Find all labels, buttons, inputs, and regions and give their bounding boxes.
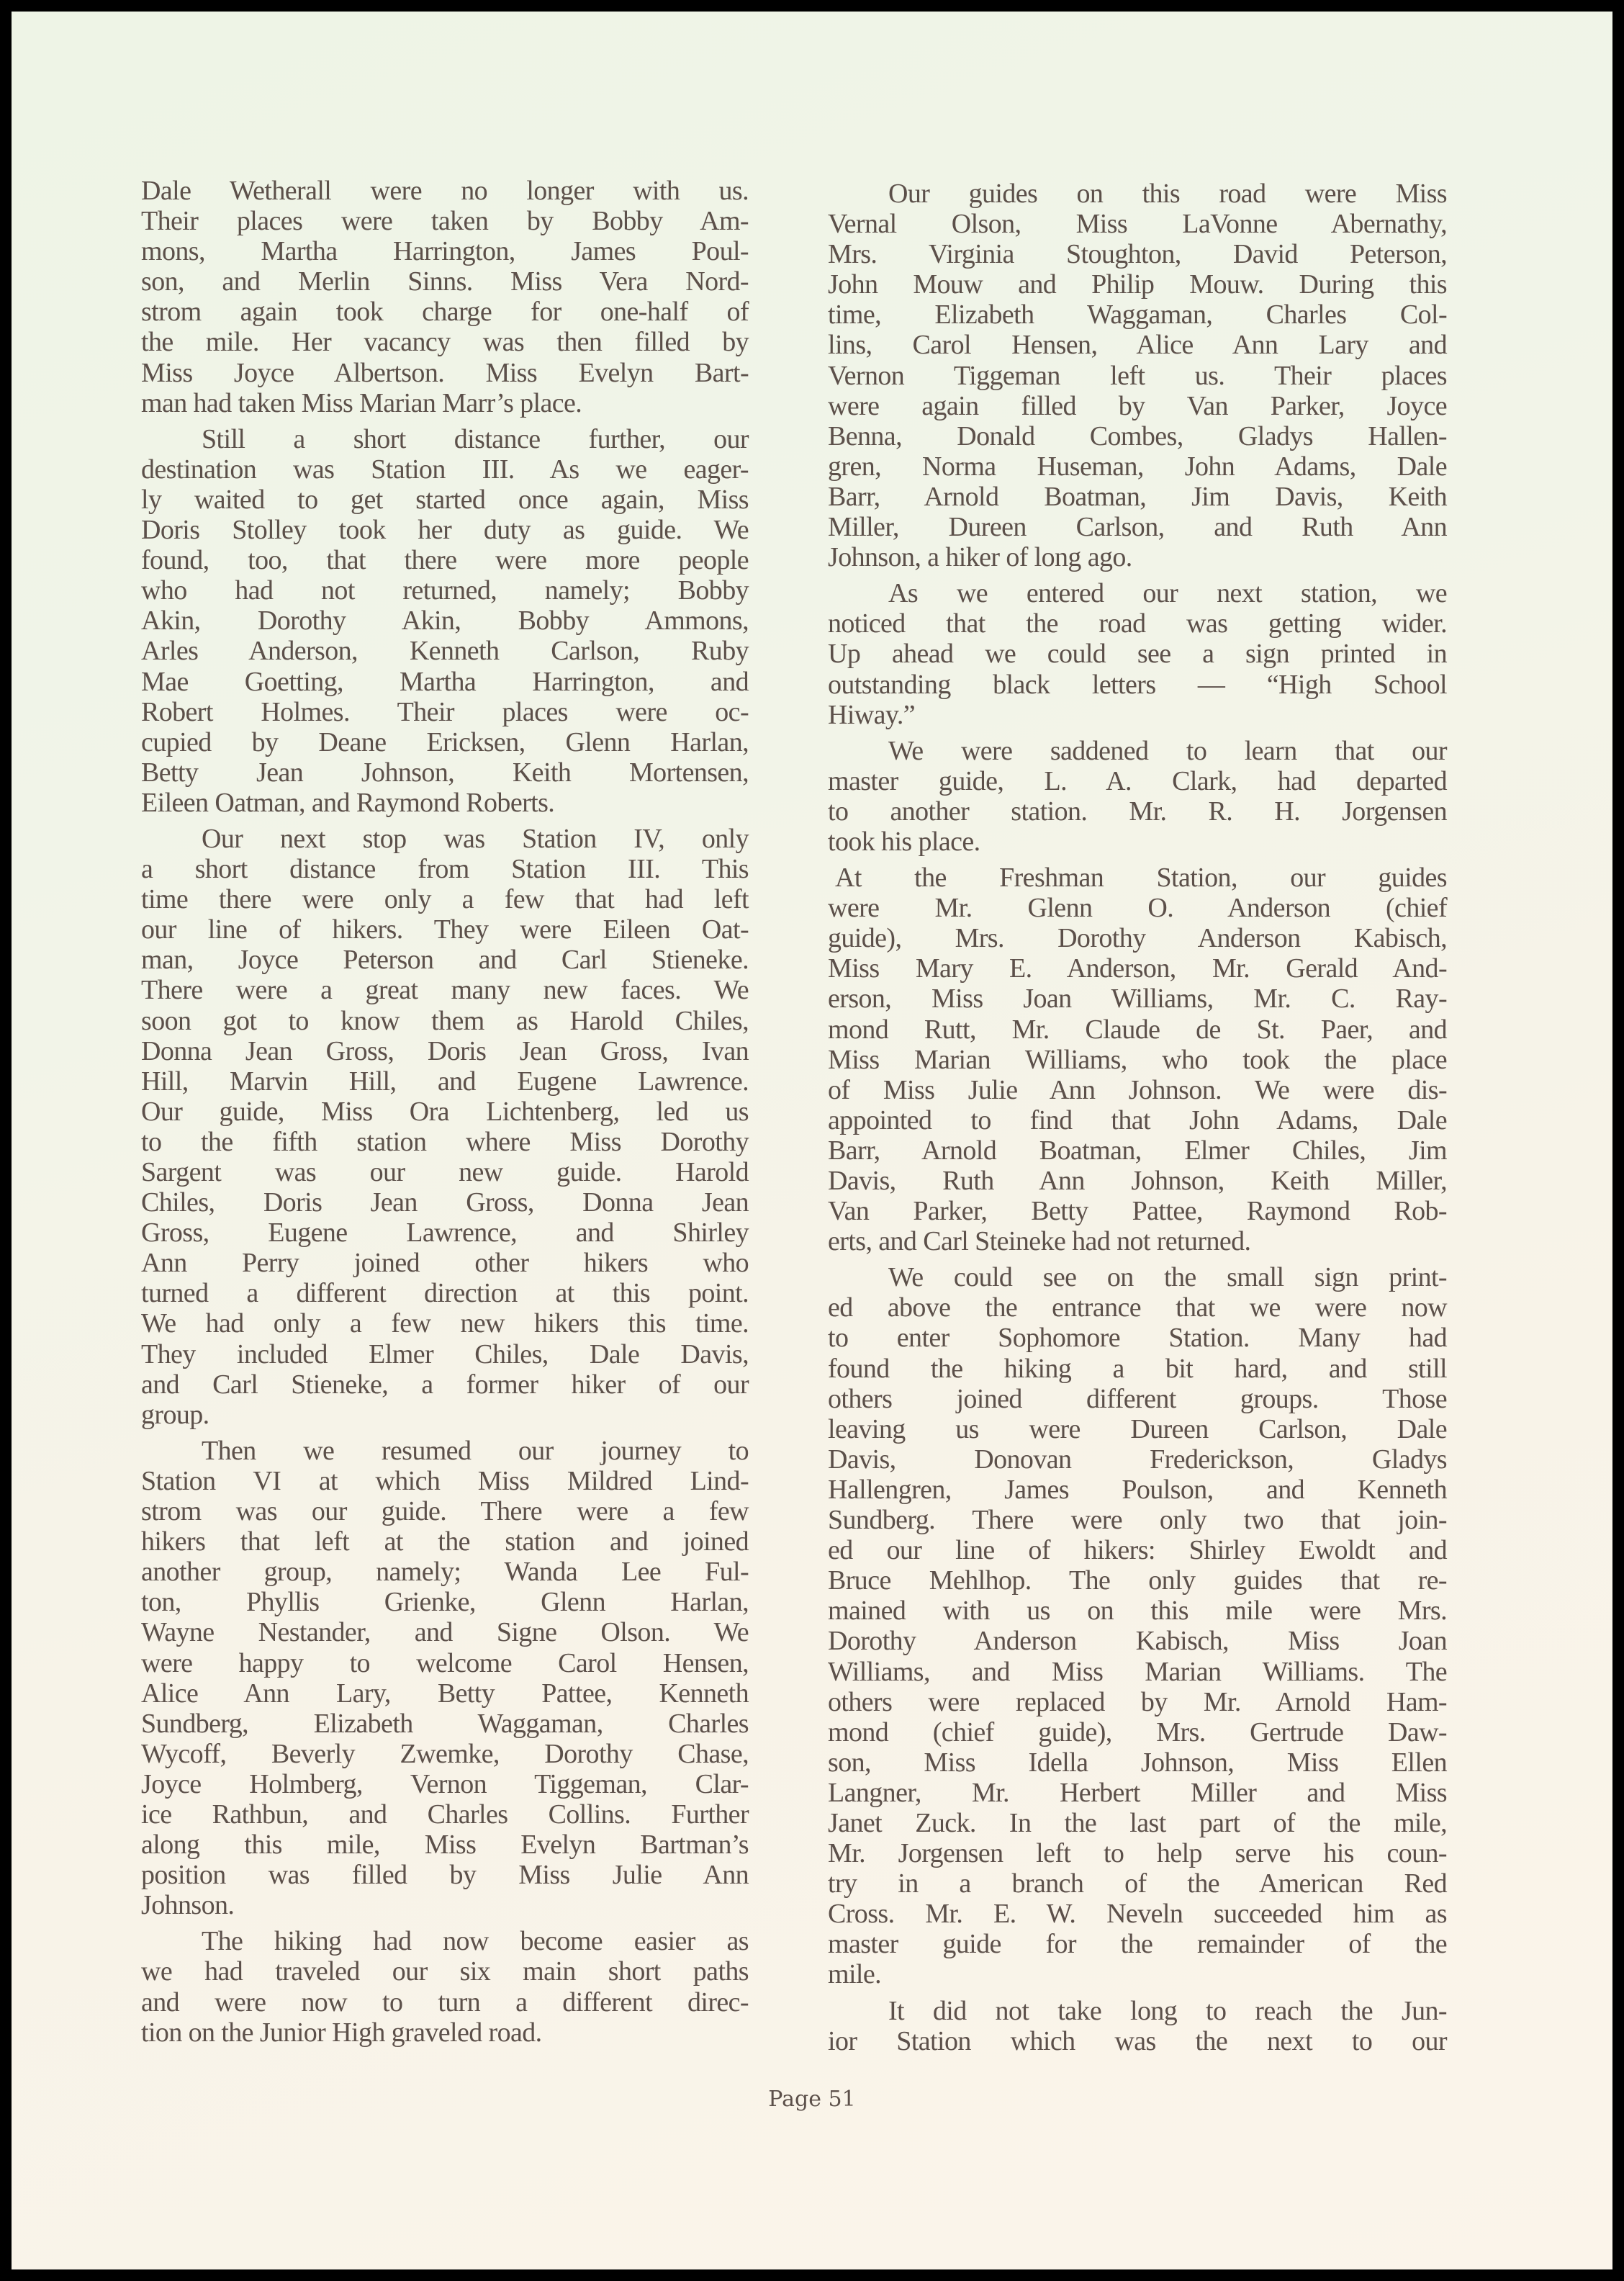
paragraph-gap [828, 857, 1447, 863]
text-line-content: Cross. Mr. E. W. Neveln succeeded him as [828, 1899, 1447, 1929]
text-line-content: son, and Merlin Sinns. Miss Vera Nord- [141, 266, 749, 297]
text-line: turned a different direction at this poi… [141, 1278, 749, 1308]
text-line: noticed that the road was getting wider. [828, 608, 1447, 639]
text-line-content: The hiking had now become easier as [202, 1926, 749, 1956]
text-line: ton, Phyllis Grienke, Glenn Harlan, [141, 1587, 749, 1617]
text-line-content: Benna, Donald Combes, Gladys Hallen- [828, 421, 1447, 451]
text-line-content: Johnson, a hiker of long ago. [828, 542, 1447, 572]
text-line: and were now to turn a different direc- [141, 1987, 749, 2017]
text-line-content: strom was our guide. There were a few [141, 1496, 749, 1526]
text-line-content: ton, Phyllis Grienke, Glenn Harlan, [141, 1587, 749, 1617]
text-line-content: Dale Wetherall were no longer with us. [141, 176, 749, 206]
text-line: others were replaced by Mr. Arnold Ham- [828, 1687, 1447, 1717]
text-line: Barr, Arnold Boatman, Elmer Chiles, Jim [828, 1135, 1447, 1166]
text-line: Sargent was our new guide. Harold [141, 1157, 749, 1187]
text-line: Alice Ann Lary, Betty Pattee, Kenneth [141, 1678, 749, 1709]
text-line: to enter Sophomore Station. Many had [828, 1323, 1447, 1353]
text-line-content: master guide for the remainder of the [828, 1929, 1447, 1959]
text-line: we had traveled our six main short paths [141, 1956, 749, 1987]
text-line-content: Station VI at which Miss Mildred Lind- [141, 1466, 749, 1496]
text-line: Then we resumed our journey to [141, 1436, 749, 1466]
text-line-content: Our next stop was Station IV, only [202, 824, 749, 854]
text-line: leaving us were Dureen Carlson, Dale [828, 1414, 1447, 1444]
text-line: group. [141, 1400, 749, 1430]
text-line: found, too, that there were more people [141, 545, 749, 575]
text-line-content: Mr. Jorgensen left to help serve his cou… [828, 1838, 1447, 1868]
text-line: man had taken Miss Marian Marr’s place. [141, 388, 749, 418]
text-line-content: Gross, Eugene Lawrence, and Shirley [141, 1218, 749, 1248]
text-line-content: ice Rathbun, and Charles Collins. Furthe… [141, 1799, 749, 1830]
text-line: son, and Merlin Sinns. Miss Vera Nord- [141, 266, 749, 297]
text-line: erts, and Carl Steineke had not returned… [828, 1226, 1447, 1256]
text-line-content: We could see on the small sign print- [888, 1262, 1447, 1292]
text-line: Sundberg, Elizabeth Waggaman, Charles [141, 1709, 749, 1739]
text-line: Dorothy Anderson Kabisch, Miss Joan [828, 1626, 1447, 1656]
text-line: Our guides on this road were Miss [828, 179, 1447, 209]
text-line-content: Arles Anderson, Kenneth Carlson, Ruby [141, 636, 749, 666]
text-line: guide), Mrs. Dorothy Anderson Kabisch, [828, 923, 1447, 953]
text-line-content: Miss Marian Williams, who took the place [828, 1045, 1447, 1075]
text-line: a short distance from Station III. This [141, 854, 749, 884]
text-line: Ann Perry joined other hikers who [141, 1248, 749, 1278]
text-line: Our next stop was Station IV, only [141, 824, 749, 854]
paragraph: At the Freshman Station, our guideswere … [828, 863, 1447, 1256]
text-line: along this mile, Miss Evelyn Bartman’s [141, 1830, 749, 1860]
text-line-content: It did not take long to reach the Jun- [888, 1996, 1447, 2026]
text-line: Joyce Holmberg, Vernon Tiggeman, Clar- [141, 1769, 749, 1799]
text-line: gren, Norma Huseman, John Adams, Dale [828, 451, 1447, 482]
text-line: Davis, Ruth Ann Johnson, Keith Miller, [828, 1166, 1447, 1196]
text-line: erson, Miss Joan Williams, Mr. C. Ray- [828, 984, 1447, 1014]
text-line: Miss Marian Williams, who took the place [828, 1045, 1447, 1075]
text-line-content: found the hiking a bit hard, and still [828, 1354, 1447, 1384]
text-line-content: Wycoff, Beverly Zwemke, Dorothy Chase, [141, 1739, 749, 1769]
left-column: Dale Wetherall were no longer with us.Th… [141, 176, 749, 2048]
text-line-content: leaving us were Dureen Carlson, Dale [828, 1414, 1447, 1444]
text-line: Hiway.” [828, 700, 1447, 730]
text-line: mile. [828, 1959, 1447, 1989]
text-line-content: Vernal Olson, Miss LaVonne Abernathy, [828, 209, 1447, 239]
text-line-content: turned a different direction at this poi… [141, 1278, 749, 1308]
text-line-content: As we entered our next station, we [888, 578, 1447, 608]
text-line-content: Davis, Donovan Frederickson, Gladys [828, 1444, 1447, 1475]
text-line-content: who had not returned, namely; Bobby [141, 575, 749, 606]
text-line-content: John Mouw and Philip Mouw. During this [828, 269, 1447, 300]
text-line-content: our line of hikers. They were Eileen Oat… [141, 914, 749, 945]
text-line: mond Rutt, Mr. Claude de St. Paer, and [828, 1014, 1447, 1045]
text-line-content: ed our line of hikers: Shirley Ewoldt an… [828, 1535, 1447, 1565]
text-line: lins, Carol Hensen, Alice Ann Lary and [828, 330, 1447, 360]
text-line-content: others joined different groups. Those [828, 1384, 1447, 1414]
text-line-content: Eileen Oatman, and Raymond Roberts. [141, 788, 749, 818]
text-line-content: tion on the Junior High graveled road. [141, 2017, 749, 2048]
text-line: to another station. Mr. R. H. Jorgensen [828, 796, 1447, 827]
yearbook-page: Dale Wetherall were no longer with us.Th… [12, 12, 1612, 2269]
text-line: Still a short distance further, our [141, 424, 749, 454]
text-line-content: to the fifth station where Miss Dorothy [141, 1127, 749, 1157]
text-line-content: Akin, Dorothy Akin, Bobby Ammons, [141, 606, 749, 636]
text-line-content: son, Miss Idella Johnson, Miss Ellen [828, 1747, 1447, 1778]
text-line: ior Station which was the next to our [828, 2026, 1447, 2056]
paragraph-gap [828, 572, 1447, 578]
text-line: We had only a few new hikers this time. [141, 1308, 749, 1339]
text-line-content: and were now to turn a different direc- [141, 1987, 749, 2017]
text-line: Wayne Nestander, and Signe Olson. We [141, 1617, 749, 1647]
text-line-content: the mile. Her vacancy was then filled by [141, 327, 749, 357]
text-line: Miss Joyce Albertson. Miss Evelyn Bart- [141, 358, 749, 388]
text-line-content: position was filled by Miss Julie Ann [141, 1860, 749, 1890]
paragraph-gap [141, 818, 749, 824]
paragraph: As we entered our next station, wenotice… [828, 578, 1447, 729]
text-line: our line of hikers. They were Eileen Oat… [141, 914, 749, 945]
text-line: found the hiking a bit hard, and still [828, 1354, 1447, 1384]
text-line: We were saddened to learn that our [828, 736, 1447, 766]
text-line: took his place. [828, 827, 1447, 857]
text-line-content: mond (chief guide), Mrs. Gertrude Daw- [828, 1717, 1447, 1747]
paragraph: Our guides on this road were MissVernal … [828, 179, 1447, 572]
text-line: As we entered our next station, we [828, 578, 1447, 608]
text-line-content: Then we resumed our journey to [202, 1436, 749, 1466]
page-number: Page 51 [12, 2087, 1612, 2112]
text-line: the mile. Her vacancy was then filled by [141, 327, 749, 357]
text-line: appointed to find that John Adams, Dale [828, 1105, 1447, 1135]
text-line: Our guide, Miss Ora Lichtenberg, led us [141, 1097, 749, 1127]
text-line-content: soon got to know them as Harold Chiles, [141, 1006, 749, 1036]
text-line: were Mr. Glenn O. Anderson (chief [828, 893, 1447, 923]
text-line-content: destination was Station III. As we eager… [141, 454, 749, 485]
text-line-content: Mrs. Virginia Stoughton, David Peterson, [828, 239, 1447, 269]
text-line-content: lins, Carol Hensen, Alice Ann Lary and [828, 330, 1447, 360]
text-line-content: to enter Sophomore Station. Many had [828, 1323, 1447, 1353]
text-line-content: and Carl Stieneke, a former hiker of our [141, 1369, 749, 1400]
text-line-content: Hiway.” [828, 700, 1447, 730]
text-line-content: mained with us on this mile were Mrs. [828, 1596, 1447, 1626]
text-line-content: erts, and Carl Steineke had not returned… [828, 1226, 1447, 1256]
text-line: ed our line of hikers: Shirley Ewoldt an… [828, 1535, 1447, 1565]
text-line-content: found, too, that there were more people [141, 545, 749, 575]
text-line: Van Parker, Betty Pattee, Raymond Rob- [828, 1196, 1447, 1226]
text-line-content: erson, Miss Joan Williams, Mr. C. Ray- [828, 984, 1447, 1014]
text-line: were happy to welcome Carol Hensen, [141, 1648, 749, 1678]
paragraph-gap [141, 418, 749, 424]
text-line: time, Elizabeth Waggaman, Charles Col- [828, 300, 1447, 330]
text-line-content: noticed that the road was getting wider. [828, 608, 1447, 639]
text-line-content: Miss Mary E. Anderson, Mr. Gerald And- [828, 953, 1447, 984]
text-line: strom again took charge for one-half of [141, 297, 749, 327]
text-line-content: Donna Jean Gross, Doris Jean Gross, Ivan [141, 1036, 749, 1066]
text-line: There were a great many new faces. We [141, 975, 749, 1005]
text-line: Miss Mary E. Anderson, Mr. Gerald And- [828, 953, 1447, 984]
text-line-content: Sundberg. There were only two that join- [828, 1505, 1447, 1535]
text-line-content: others were replaced by Mr. Arnold Ham- [828, 1687, 1447, 1717]
text-line: mained with us on this mile were Mrs. [828, 1596, 1447, 1626]
text-line-content: hikers that left at the station and join… [141, 1526, 749, 1557]
text-line: ly waited to get started once again, Mis… [141, 485, 749, 515]
paragraph: Dale Wetherall were no longer with us.Th… [141, 176, 749, 418]
text-line: Davis, Donovan Frederickson, Gladys [828, 1444, 1447, 1475]
text-line: We could see on the small sign print- [828, 1262, 1447, 1292]
text-line: Their places were taken by Bobby Am- [141, 206, 749, 236]
paragraph: The hiking had now become easier aswe ha… [141, 1926, 749, 2047]
text-line-content: Ann Perry joined other hikers who [141, 1248, 749, 1278]
text-line-content: There were a great many new faces. We [141, 975, 749, 1005]
text-line-content: master guide, L. A. Clark, had departed [828, 766, 1447, 796]
text-line: Donna Jean Gross, Doris Jean Gross, Ivan [141, 1036, 749, 1066]
text-line-content: guide), Mrs. Dorothy Anderson Kabisch, [828, 923, 1447, 953]
text-line: try in a branch of the American Red [828, 1868, 1447, 1899]
text-line: Robert Holmes. Their places were oc- [141, 697, 749, 727]
text-line-content: Vernon Tiggeman left us. Their places [828, 361, 1447, 391]
text-line-content: were happy to welcome Carol Hensen, [141, 1648, 749, 1678]
text-line-content: mile. [828, 1959, 1447, 1989]
paragraph: It did not take long to reach the Jun-io… [828, 1996, 1447, 2056]
text-line: The hiking had now become easier as [141, 1926, 749, 1956]
text-line: Janet Zuck. In the last part of the mile… [828, 1808, 1447, 1838]
text-line: hikers that left at the station and join… [141, 1526, 749, 1557]
text-line-content: Johnson. [141, 1890, 749, 1920]
paragraph-gap [141, 1430, 749, 1436]
text-line: Mr. Jorgensen left to help serve his cou… [828, 1838, 1447, 1868]
text-line-content: Miller, Dureen Carlson, and Ruth Ann [828, 512, 1447, 542]
text-line: cupied by Deane Ericksen, Glenn Harlan, [141, 727, 749, 757]
paragraph: Still a short distance further, ourdesti… [141, 424, 749, 818]
text-line: others joined different groups. Those [828, 1384, 1447, 1414]
text-line: ice Rathbun, and Charles Collins. Furthe… [141, 1799, 749, 1830]
text-line: Doris Stolley took her duty as guide. We [141, 515, 749, 545]
text-line-content: ior Station which was the next to our [828, 2026, 1447, 2056]
text-line-content: Williams, and Miss Marian Williams. The [828, 1657, 1447, 1687]
text-line: Langner, Mr. Herbert Miller and Miss [828, 1778, 1447, 1808]
text-line: destination was Station III. As we eager… [141, 454, 749, 485]
text-line-content: Chiles, Doris Jean Gross, Donna Jean [141, 1187, 749, 1218]
text-line: outstanding black letters — “High School [828, 670, 1447, 700]
text-line-content: Janet Zuck. In the last part of the mile… [828, 1808, 1447, 1838]
text-line: and Carl Stieneke, a former hiker of our [141, 1369, 749, 1400]
text-line-content: mond Rutt, Mr. Claude de St. Paer, and [828, 1014, 1447, 1045]
text-line: man, Joyce Peterson and Carl Stieneke. [141, 945, 749, 975]
text-line-content: Langner, Mr. Herbert Miller and Miss [828, 1778, 1447, 1808]
text-line: Hill, Marvin Hill, and Eugene Lawrence. [141, 1066, 749, 1097]
text-line-content: Our guides on this road were Miss [888, 179, 1447, 209]
text-line-content: They included Elmer Chiles, Dale Davis, [141, 1339, 749, 1369]
text-line: to the fifth station where Miss Dorothy [141, 1127, 749, 1157]
text-line-content: Hallengren, James Poulson, and Kenneth [828, 1475, 1447, 1505]
text-line: master guide, L. A. Clark, had departed [828, 766, 1447, 796]
text-line-content: took his place. [828, 827, 1447, 857]
text-line: Benna, Donald Combes, Gladys Hallen- [828, 421, 1447, 451]
text-line-content: time, Elizabeth Waggaman, Charles Col- [828, 300, 1447, 330]
text-line: Station VI at which Miss Mildred Lind- [141, 1466, 749, 1496]
text-line: position was filled by Miss Julie Ann [141, 1860, 749, 1890]
text-line: Sundberg. There were only two that join- [828, 1505, 1447, 1535]
text-line-content: appointed to find that John Adams, Dale [828, 1105, 1447, 1135]
text-line-content: Mae Goetting, Martha Harrington, and [141, 667, 749, 697]
text-line-content: We were saddened to learn that our [888, 736, 1447, 766]
text-line-content: ly waited to get started once again, Mis… [141, 485, 749, 515]
text-line-content: outstanding black letters — “High School [828, 670, 1447, 700]
text-line-content: Up ahead we could see a sign printed in [828, 639, 1447, 669]
text-line-content: Van Parker, Betty Pattee, Raymond Rob- [828, 1196, 1447, 1226]
text-line: mons, Martha Harrington, James Poul- [141, 236, 749, 266]
text-line: Miller, Dureen Carlson, and Ruth Ann [828, 512, 1447, 542]
text-line-content: Bruce Mehlhop. The only guides that re- [828, 1565, 1447, 1596]
text-line-content: group. [141, 1400, 749, 1430]
text-line-content: Our guide, Miss Ora Lichtenberg, led us [141, 1097, 749, 1127]
paragraph: We could see on the small sign print-ed … [828, 1262, 1447, 1989]
text-line-content: to another station. Mr. R. H. Jorgensen [828, 796, 1447, 827]
text-line: who had not returned, namely; Bobby [141, 575, 749, 606]
text-line-content: mons, Martha Harrington, James Poul- [141, 236, 749, 266]
text-line-content: were Mr. Glenn O. Anderson (chief [828, 893, 1447, 923]
paragraph-gap [828, 1990, 1447, 1996]
text-line-content: were again filled by Van Parker, Joyce [828, 391, 1447, 421]
text-line-content: Alice Ann Lary, Betty Pattee, Kenneth [141, 1678, 749, 1709]
paragraph: We were saddened to learn that ourmaster… [828, 736, 1447, 857]
text-line: Wycoff, Beverly Zwemke, Dorothy Chase, [141, 1739, 749, 1769]
text-line: son, Miss Idella Johnson, Miss Ellen [828, 1747, 1447, 1778]
text-line-content: Dorothy Anderson Kabisch, Miss Joan [828, 1626, 1447, 1656]
text-line: Eileen Oatman, and Raymond Roberts. [141, 788, 749, 818]
text-line: Arles Anderson, Kenneth Carlson, Ruby [141, 636, 749, 666]
text-line-content: Robert Holmes. Their places were oc- [141, 697, 749, 727]
text-line: Vernon Tiggeman left us. Their places [828, 361, 1447, 391]
text-line: master guide for the remainder of the [828, 1929, 1447, 1959]
text-line: Akin, Dorothy Akin, Bobby Ammons, [141, 606, 749, 636]
right-column: Our guides on this road were MissVernal … [828, 179, 1447, 2056]
paragraph: Our next stop was Station IV, onlya shor… [141, 824, 749, 1430]
text-line-content: Betty Jean Johnson, Keith Mortensen, [141, 757, 749, 788]
text-line-content: another group, namely; Wanda Lee Ful- [141, 1557, 749, 1587]
text-line-content: We had only a few new hikers this time. [141, 1308, 749, 1339]
text-line: Johnson. [141, 1890, 749, 1920]
text-line: soon got to know them as Harold Chiles, [141, 1006, 749, 1036]
text-line: Bruce Mehlhop. The only guides that re- [828, 1565, 1447, 1596]
text-line: Up ahead we could see a sign printed in [828, 639, 1447, 669]
text-line: Barr, Arnold Boatman, Jim Davis, Keith [828, 482, 1447, 512]
text-line: were again filled by Van Parker, Joyce [828, 391, 1447, 421]
text-line-content: man, Joyce Peterson and Carl Stieneke. [141, 945, 749, 975]
text-line: time there were only a few that had left [141, 884, 749, 914]
text-line-content: Doris Stolley took her duty as guide. We [141, 515, 749, 545]
text-line-content: Sargent was our new guide. Harold [141, 1157, 749, 1187]
text-line: Dale Wetherall were no longer with us. [141, 176, 749, 206]
text-line: Mrs. Virginia Stoughton, David Peterson, [828, 239, 1447, 269]
text-line-content: Barr, Arnold Boatman, Elmer Chiles, Jim [828, 1135, 1447, 1166]
text-line: John Mouw and Philip Mouw. During this [828, 269, 1447, 300]
text-line-content: Sundberg, Elizabeth Waggaman, Charles [141, 1709, 749, 1739]
text-line: Chiles, Doris Jean Gross, Donna Jean [141, 1187, 749, 1218]
text-line-content: try in a branch of the American Red [828, 1868, 1447, 1899]
text-line: Williams, and Miss Marian Williams. The [828, 1657, 1447, 1687]
paragraph-gap [828, 1256, 1447, 1262]
text-line-content: Hill, Marvin Hill, and Eugene Lawrence. [141, 1066, 749, 1097]
text-line-content: gren, Norma Huseman, John Adams, Dale [828, 451, 1447, 482]
text-line: Mae Goetting, Martha Harrington, and [141, 667, 749, 697]
text-line: Betty Jean Johnson, Keith Mortensen, [141, 757, 749, 788]
text-line: tion on the Junior High graveled road. [141, 2017, 749, 2048]
text-line-content: a short distance from Station III. This [141, 854, 749, 884]
text-line: strom was our guide. There were a few [141, 1496, 749, 1526]
text-line: Cross. Mr. E. W. Neveln succeeded him as [828, 1899, 1447, 1929]
text-line-content: of Miss Julie Ann Johnson. We were dis- [828, 1075, 1447, 1105]
text-line-content: At the Freshman Station, our guides [835, 863, 1447, 893]
text-line: another group, namely; Wanda Lee Ful- [141, 1557, 749, 1587]
text-line-content: man had taken Miss Marian Marr’s place. [141, 388, 749, 418]
text-line-content: ed above the entrance that we were now [828, 1292, 1447, 1323]
text-line-content: cupied by Deane Ericksen, Glenn Harlan, [141, 727, 749, 757]
text-line: It did not take long to reach the Jun- [828, 1996, 1447, 2026]
text-line-content: strom again took charge for one-half of [141, 297, 749, 327]
text-line-content: Joyce Holmberg, Vernon Tiggeman, Clar- [141, 1769, 749, 1799]
text-line-content: we had traveled our six main short paths [141, 1956, 749, 1987]
text-line-content: Still a short distance further, our [202, 424, 749, 454]
text-line-content: time there were only a few that had left [141, 884, 749, 914]
text-line-content: Their places were taken by Bobby Am- [141, 206, 749, 236]
text-line: At the Freshman Station, our guides [828, 863, 1447, 893]
text-line-content: Miss Joyce Albertson. Miss Evelyn Bart- [141, 358, 749, 388]
paragraph-gap [828, 730, 1447, 736]
text-line-content: along this mile, Miss Evelyn Bartman’s [141, 1830, 749, 1860]
text-line: Johnson, a hiker of long ago. [828, 542, 1447, 572]
text-line-content: Davis, Ruth Ann Johnson, Keith Miller, [828, 1166, 1447, 1196]
paragraph: Then we resumed our journey toStation VI… [141, 1436, 749, 1921]
text-line: Vernal Olson, Miss LaVonne Abernathy, [828, 209, 1447, 239]
text-line: Hallengren, James Poulson, and Kenneth [828, 1475, 1447, 1505]
text-line: mond (chief guide), Mrs. Gertrude Daw- [828, 1717, 1447, 1747]
text-line-content: Barr, Arnold Boatman, Jim Davis, Keith [828, 482, 1447, 512]
text-line: ed above the entrance that we were now [828, 1292, 1447, 1323]
text-line: of Miss Julie Ann Johnson. We were dis- [828, 1075, 1447, 1105]
text-line-content: Wayne Nestander, and Signe Olson. We [141, 1617, 749, 1647]
text-line: Gross, Eugene Lawrence, and Shirley [141, 1218, 749, 1248]
text-line: They included Elmer Chiles, Dale Davis, [141, 1339, 749, 1369]
paragraph-gap [141, 1920, 749, 1926]
